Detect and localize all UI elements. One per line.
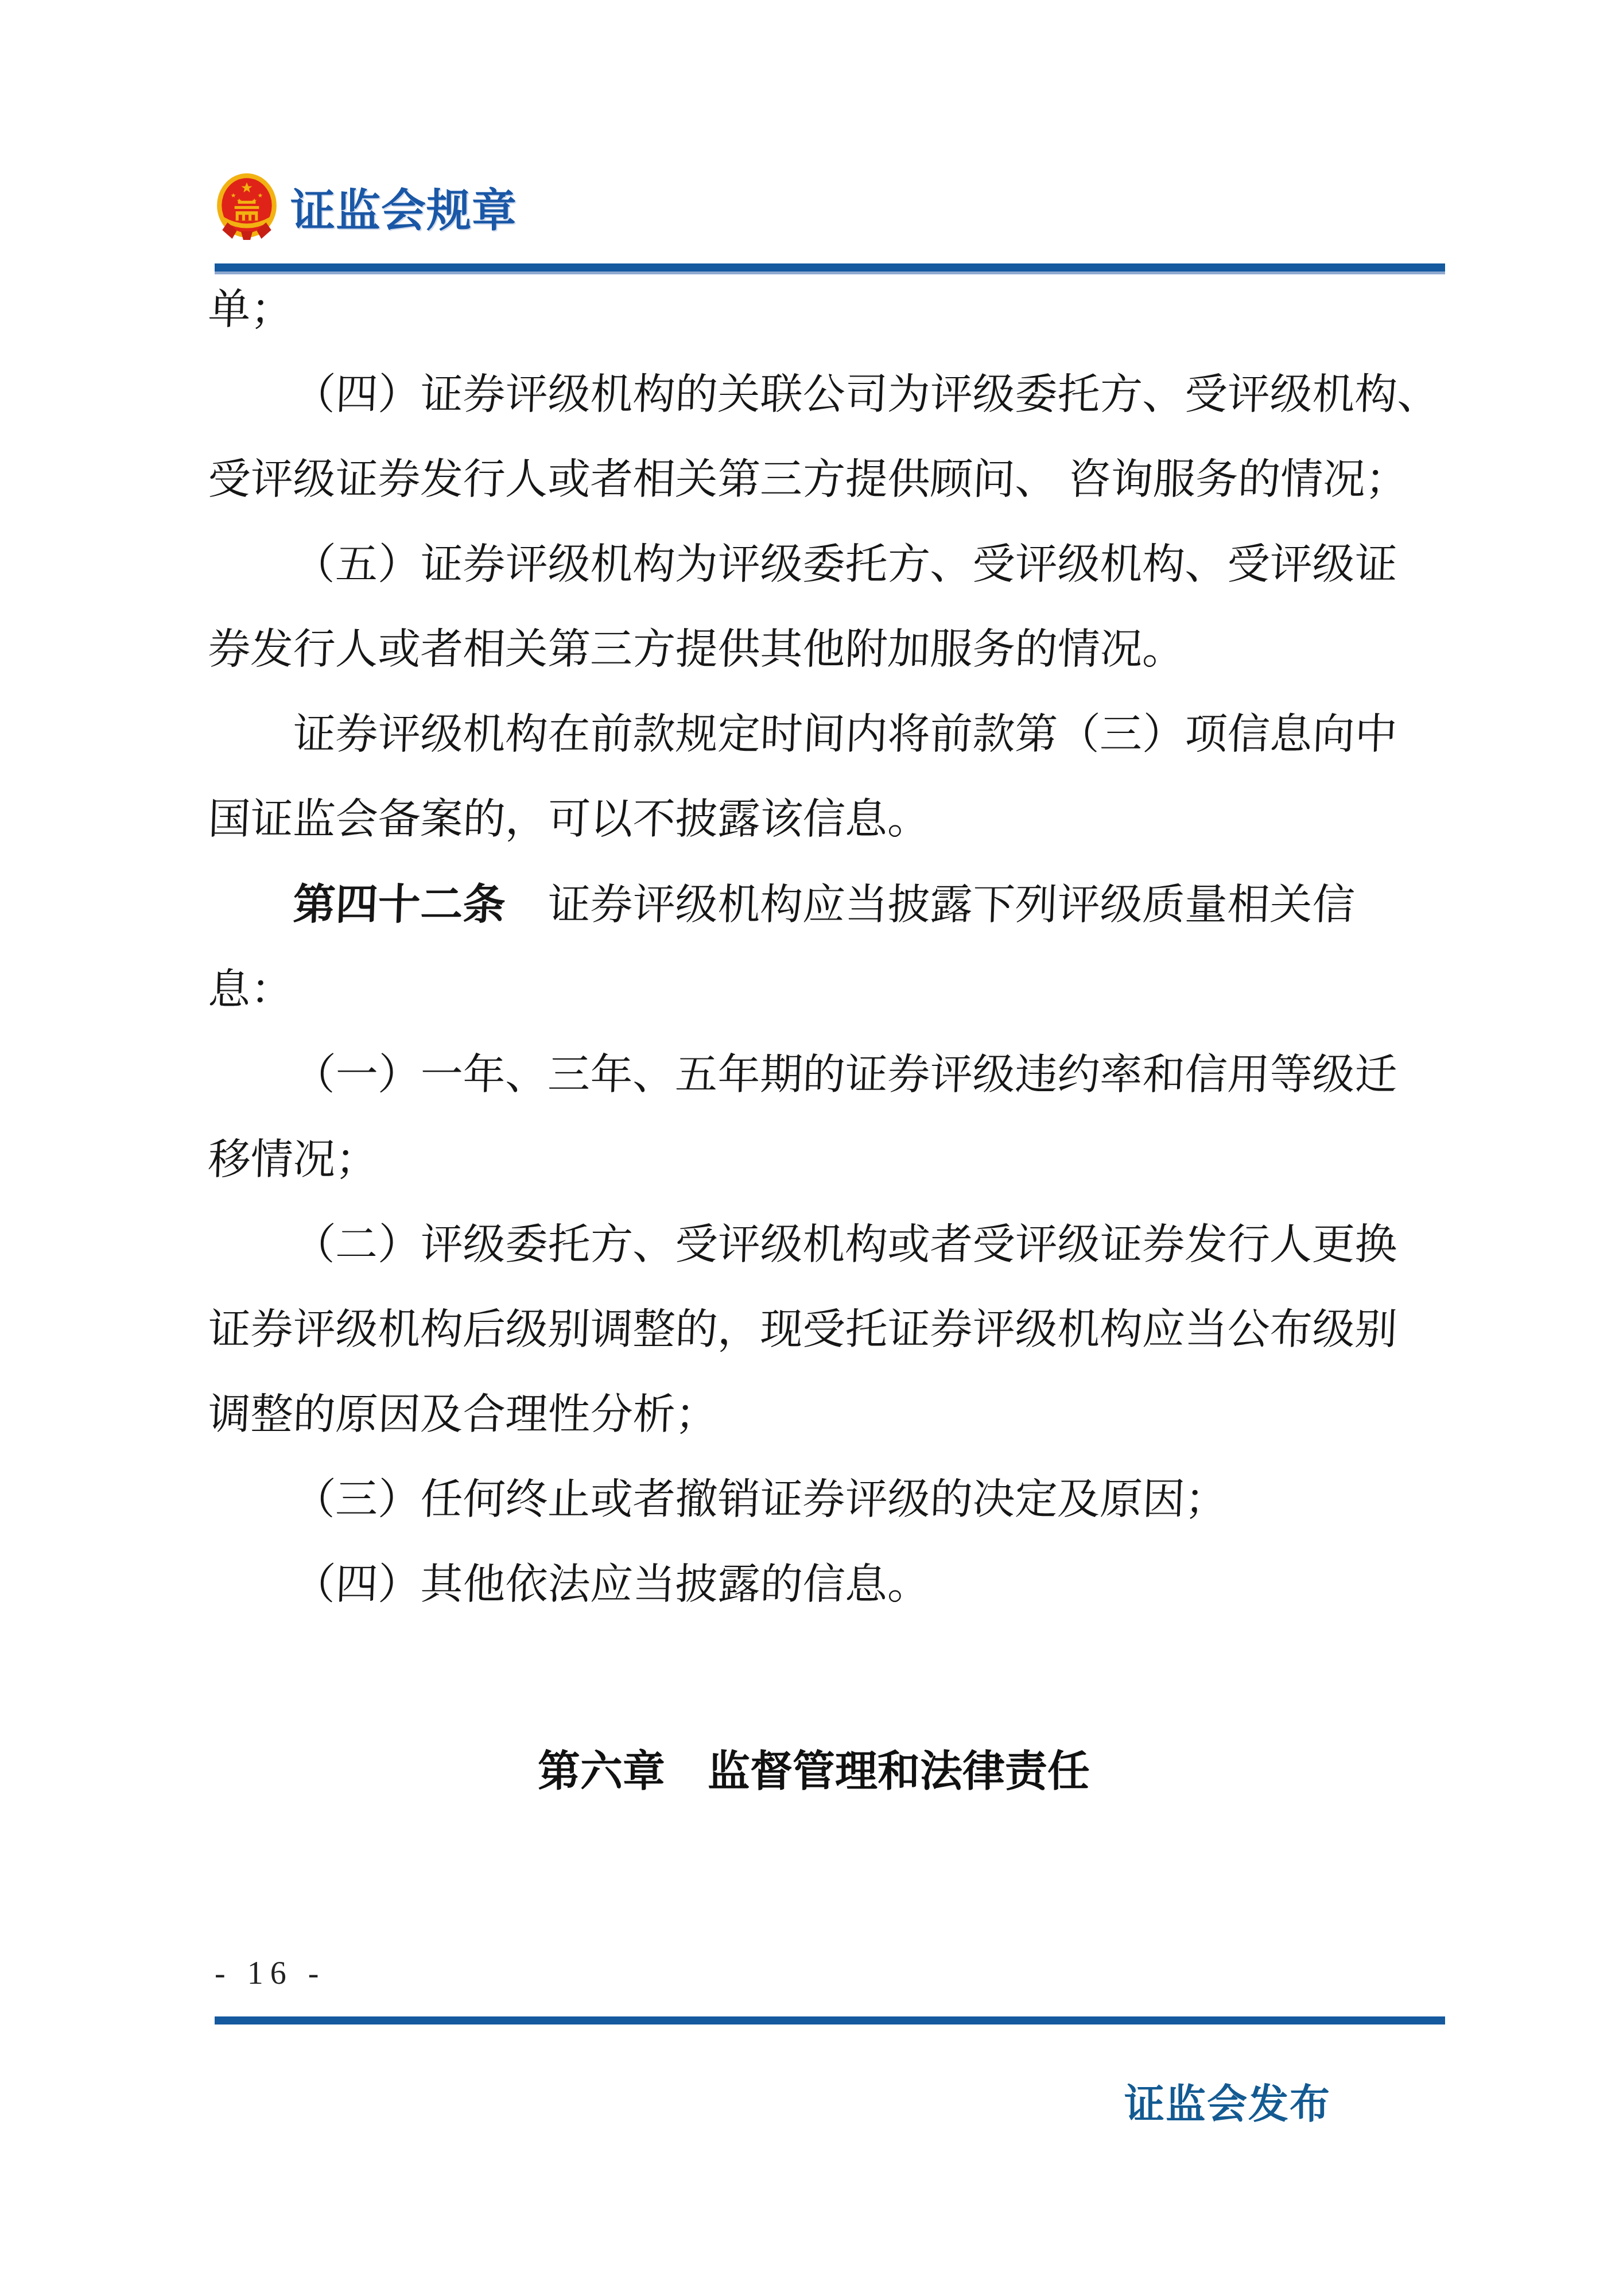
- chapter-heading: 第六章 监督管理和法律责任: [207, 1748, 1421, 1794]
- body-line: 息：: [207, 948, 1424, 1033]
- body-line: （五）证券评级机构为评级委托方、受评级机构、受评级证: [207, 522, 1424, 607]
- document-page: 证监会规章 单；（四）证券评级机构的关联公司为评级委托方、受评级机构、受评级证券…: [0, 0, 1623, 2296]
- body-line: （四）证券评级机构的关联公司为评级委托方、受评级机构、: [207, 352, 1424, 437]
- body-line: （四）其他依法应当披露的信息。: [207, 1542, 1424, 1627]
- national-emblem-icon: [215, 172, 279, 242]
- body-line: 证券评级机构在前款规定时间内将前款第（三）项信息向中: [207, 692, 1424, 777]
- body-line: （一）一年、三年、五年期的证券评级违约率和信用等级迁: [207, 1033, 1424, 1118]
- body-line: 证券评级机构后级别调整的，现受托证券评级机构应当公布级别: [207, 1287, 1424, 1372]
- body-text: 单；（四）证券评级机构的关联公司为评级委托方、受评级机构、受评级证券发行人或者相…: [207, 267, 1421, 1627]
- body-line: 国证监会备案的，可以不披露该信息。: [207, 777, 1424, 862]
- body-line: 第四十二条 证券评级机构应当披露下列评级质量相关信: [207, 862, 1424, 948]
- body-line: 单；: [207, 267, 1424, 352]
- body-line: （三）任何终止或者撤销证券评级的决定及原因；: [207, 1457, 1424, 1542]
- body-line: （二）评级委托方、受评级机构或者受评级证券发行人更换: [207, 1203, 1424, 1287]
- body-line: 受评级证券发行人或者相关第三方提供顾问、 咨询服务的情况；: [207, 437, 1424, 522]
- page-header: 证监会规章: [215, 172, 517, 242]
- body-line: 移情况；: [207, 1118, 1424, 1203]
- body-line: 券发行人或者相关第三方提供其他附加服务的情况。: [207, 607, 1424, 692]
- footer-rule: [215, 2016, 1445, 2024]
- body-line: 调整的原因及合理性分析；: [207, 1372, 1424, 1457]
- publisher-mark: 证监会发布: [1124, 2084, 1331, 2127]
- page-number: - 16 -: [215, 1956, 325, 1991]
- header-title: 证监会规章: [290, 175, 517, 239]
